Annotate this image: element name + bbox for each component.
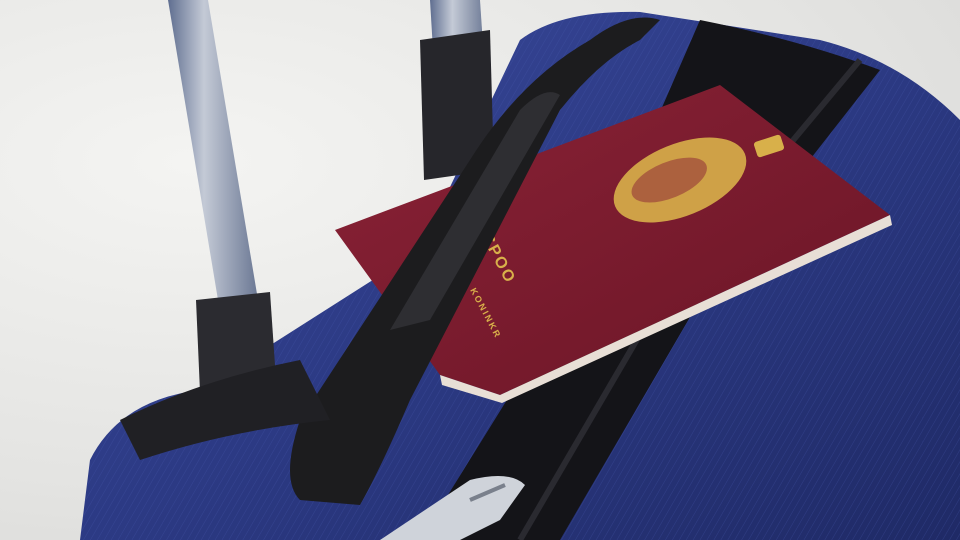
photo-scene: PASPOO KONINKR bbox=[0, 0, 960, 540]
suitcase-photo: PASPOO KONINKR bbox=[0, 0, 960, 540]
